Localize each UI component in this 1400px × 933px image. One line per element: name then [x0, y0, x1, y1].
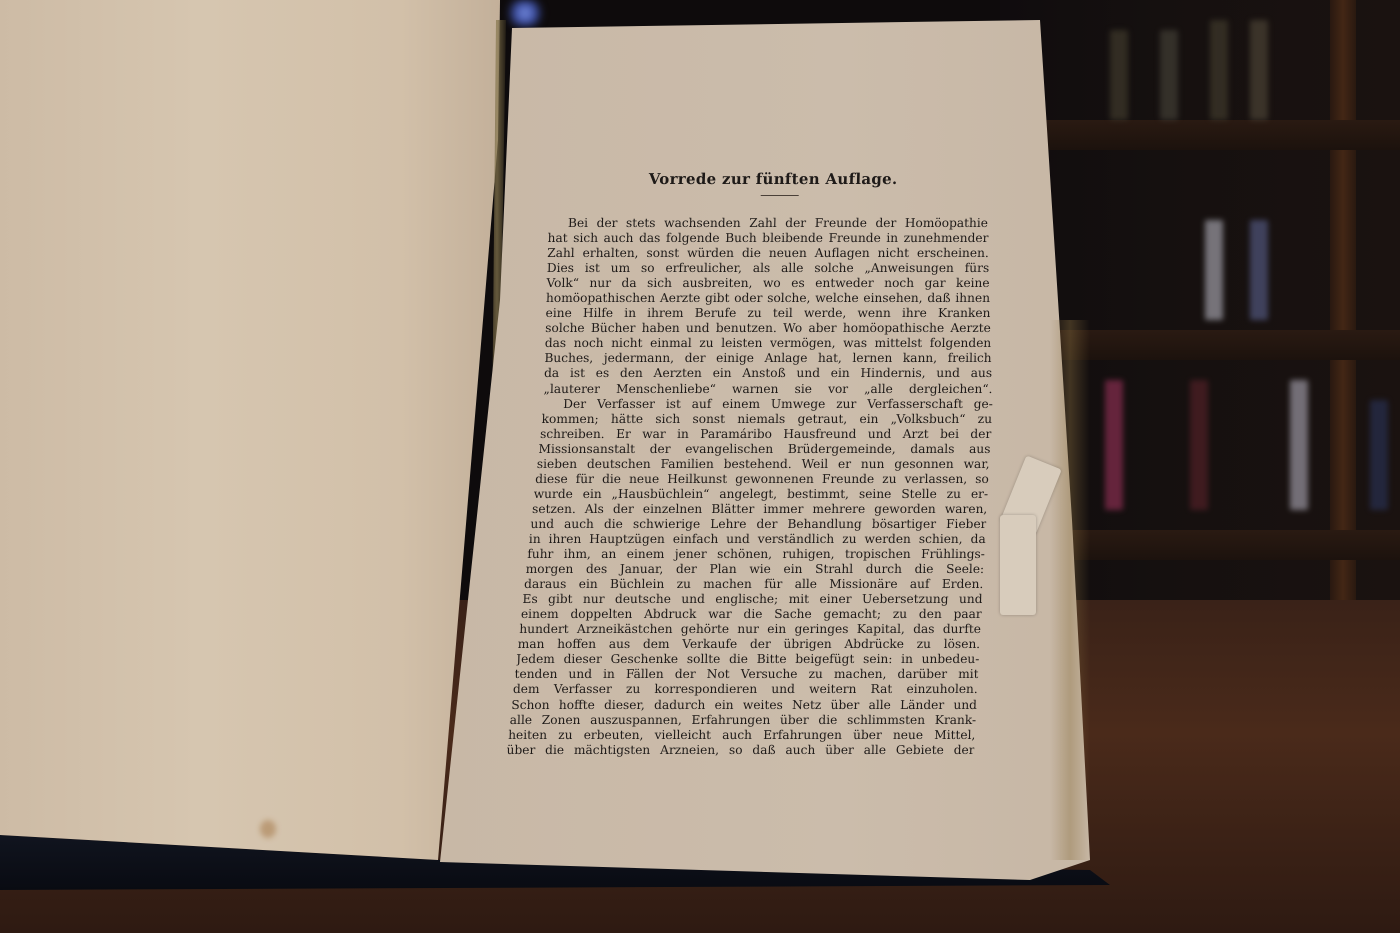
text-line: diese für die neue Heilkunst gewonnenen … [535, 472, 989, 487]
text-line: dem Verfasser zu korrespondieren und wei… [513, 682, 978, 697]
text-line: Missionsanstalt der evangelischen Brüder… [538, 442, 990, 457]
text-line: Es gibt nur deutsche und englische; mit … [522, 592, 982, 607]
text-line: wurde ein „Hausbüchlein“ angelegt, besti… [533, 487, 988, 502]
text-line: „lauterer Menschenliebe“ warnen sie vor … [543, 382, 992, 397]
shelf-board [1040, 530, 1400, 560]
book-spine [1370, 400, 1388, 510]
text-line: Buches, jedermann, der einige Anlage hat… [544, 351, 992, 366]
page-text-block: Vorrede zur fünften Auflage. Bei der ste… [497, 170, 1004, 810]
book-spine [1110, 30, 1128, 120]
text-line: und auch die schwierige Lehre der Behand… [530, 517, 986, 532]
text-line: alle Zonen auszuspannen, Erfahrungen übe… [510, 713, 977, 728]
photo-scene: Vorrede zur fünften Auflage. Bei der ste… [0, 0, 1400, 933]
text-line: kommen; hätte sich sonst niemals getraut… [541, 412, 992, 427]
book-spine [1210, 20, 1228, 120]
text-line: setzen. Als der einzelnen Blätter immer … [532, 502, 988, 517]
text-line: Volk“ nur da sich ausbreiten, wo es entw… [546, 276, 990, 291]
text-line: über die mächtigsten Arzneien, so daß au… [506, 743, 974, 758]
text-line: in ihren Hauptzügen einfach und verständ… [529, 532, 986, 547]
text-line: Jedem dieser Geschenke sollte die Bitte … [516, 652, 980, 667]
text-line: sieben deutschen Familien bestehend. Wei… [537, 457, 990, 472]
text-line: das noch nicht einmal zu leisten vermöge… [545, 336, 992, 351]
book-spine [1205, 220, 1223, 320]
page-heading: Vorrede zur fünften Auflage. [543, 170, 1003, 188]
text-line: Schon hoffte dieser, dadurch ein weites … [511, 698, 977, 713]
book-spine [1105, 380, 1123, 510]
heading-rule [761, 195, 799, 196]
text-line: tenden und in Fällen der Not Versuche zu… [514, 667, 978, 682]
text-line: da ist es den Aerzten ein Anstoß und ein… [544, 366, 992, 381]
left-page [0, 0, 500, 870]
text-line: man hoffen aus dem Verkaufe der übrigen … [518, 637, 981, 652]
text-line: eine Hilfe in ihrem Berufe zu teil werde… [545, 306, 990, 321]
text-line: Bei der stets wachsenden Zahl der Freund… [548, 216, 988, 231]
shelf-post [1330, 0, 1356, 620]
text-line: morgen des Januar, der Plan wie ein Stra… [526, 562, 985, 577]
book-spine [1190, 380, 1208, 510]
repair-tape [1000, 515, 1036, 615]
torn-page-edge [1050, 320, 1090, 860]
foxing-stain [260, 820, 276, 838]
text-line: daraus ein Büchlein zu machen für alle M… [524, 577, 984, 592]
text-line: Dies ist um so erfreulicher, als alle so… [547, 261, 990, 276]
text-line: Der Verfasser ist auf einem Umwege zur V… [543, 397, 993, 412]
book-spine [1290, 380, 1308, 510]
book-spine [1250, 220, 1268, 320]
text-line: hundert Arzneikästchen gehörte nur ein g… [519, 622, 981, 637]
text-line: heiten zu erbeuten, vielleicht auch Erfa… [508, 728, 976, 743]
book-spine [1160, 30, 1178, 120]
text-line: homöopathischen Aerzte gibt oder solche,… [546, 291, 990, 306]
text-line: fuhr ihm, an einem jener schönen, ruhige… [527, 547, 985, 562]
text-line: schreiben. Er war in Paramáribo Hausfreu… [540, 427, 992, 442]
body-text: Bei der stets wachsenden Zahl der Freund… [498, 216, 1002, 758]
shelf-board [1040, 330, 1400, 360]
text-line: hat sich auch das folgende Buch bleibend… [547, 231, 988, 246]
text-line: einem doppelten Abdruck war die Sache ge… [521, 607, 982, 622]
book-spine [1250, 20, 1268, 120]
light-reflection [505, 0, 545, 26]
shelf-board [1040, 120, 1400, 150]
text-line: Zahl erhalten, sonst würden die neuen Au… [547, 246, 989, 261]
text-line: solche Bücher haben und benutzen. Wo abe… [545, 321, 991, 336]
